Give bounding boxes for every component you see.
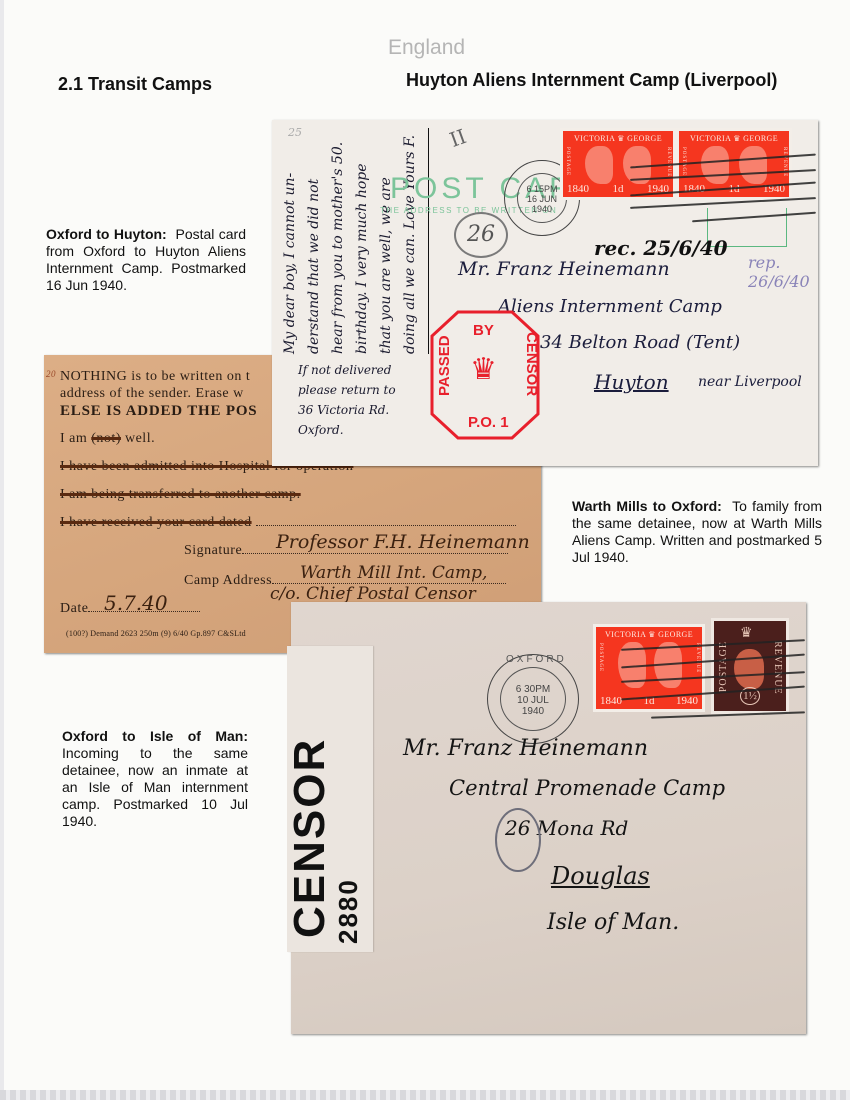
censor-tape-word: CENSOR (285, 738, 335, 938)
camp-address-line: Warth Mill Int. Camp, (300, 563, 487, 583)
dotted-line (256, 525, 516, 526)
page-edge (0, 1090, 850, 1100)
postcard-message: My dear boy, I cannot un- derstand that … (278, 128, 428, 354)
address-line: Mr. Franz Heinemann (458, 258, 670, 280)
caption-heading: Oxford to Huyton: (46, 226, 167, 242)
stamp-george-vi-1-5d: ♛ POSTAGE REVENUE 1½ (711, 618, 789, 714)
stamp-top-text: VICTORIA ♛ GEORGE (679, 134, 789, 143)
postmark-date: 16 JUN (518, 194, 566, 204)
victoria-portrait-icon (585, 146, 613, 184)
signature-value: Professor F.H. Heinemann (276, 531, 530, 553)
date-label: Date (60, 601, 88, 616)
status-suffix: well. (125, 431, 155, 446)
stamp-value: 1d (613, 183, 624, 195)
censor-tape-number: 2880 (333, 878, 364, 944)
message-line: My dear boy, I cannot un- (278, 128, 302, 354)
camp-title: Huyton Aliens Internment Camp (Liverpool… (406, 70, 777, 91)
received-note: rec. 25/6/40 (594, 236, 728, 260)
george-portrait-icon (739, 146, 767, 184)
censor-top-text: BY (473, 322, 494, 339)
section-title: 2.1 Transit Camps (58, 74, 212, 95)
caption-heading: Warth Mills to Oxford: (572, 498, 722, 514)
caption-heading: Oxford to Isle of Man: (62, 728, 248, 744)
postmark-town: OXFORD (506, 654, 567, 665)
dotted-line (242, 553, 508, 554)
return-address-line: Oxford. (298, 420, 396, 440)
card-status-line: I am (not) well. (60, 431, 155, 447)
postcard-divider (428, 128, 429, 354)
message-line: derstand that we did not (302, 128, 326, 354)
stamp-centenary-1d: VICTORIA ♛ GEORGE POSTAGE REVENUE 1840 1… (593, 624, 705, 712)
reply-note: rep. 26/6/40 (748, 253, 818, 291)
address-line: Isle of Man. (547, 910, 679, 935)
postmark-inner: 6 30PM 10 JUL 1940 (500, 667, 566, 731)
censor-right-text: CENSOR (523, 332, 540, 396)
country-heading: England (388, 36, 465, 60)
envelope: CENSOR 2880 6 30PM 10 JUL 1940 OXFORD VI… (291, 602, 806, 1034)
stamp-year: 1940 (676, 695, 698, 707)
card-imprint: (100?) Demand 2623 250m (9) 6/40 Gp.897 … (66, 629, 246, 638)
struck-line: I am being transferred to another camp. (60, 487, 301, 503)
crown-icon: ♛ (740, 625, 753, 642)
roman-numeral-mark: II (446, 124, 469, 152)
censor-bottom-text: P.O. 1 (468, 414, 509, 431)
date-value: 5.7.40 (104, 591, 168, 615)
postcard: 25 My dear boy, I cannot un- derstand th… (272, 120, 818, 466)
message-line: that you are well, we are (374, 128, 398, 354)
address-line: 34 Belton Road (Tent) (540, 332, 740, 353)
message-line: birthday. I very much hope (350, 128, 374, 354)
caption-warth-mills-to-oxford: Warth Mills to Oxford: To family from th… (572, 498, 822, 566)
address-line: Douglas (551, 862, 650, 890)
stamp-side-text: POSTAGE (565, 147, 570, 176)
stamp-side-text: POSTAGE (718, 641, 729, 692)
message-line: doing all we can. Love Yours F. (398, 128, 422, 354)
status-struck: (not) (91, 431, 121, 446)
address-line: Central Promenade Camp (449, 776, 725, 800)
postmark-year: 1940 (501, 706, 565, 717)
postmark-oxford-10-jul: 6 30PM 10 JUL 1940 OXFORD (487, 654, 579, 744)
camp-address-label: Camp Address (184, 573, 272, 588)
stamp-side-text: POSTAGE (598, 643, 603, 672)
stamp-side-text: REVENUE (695, 643, 700, 673)
postmark-date: 10 JUL (501, 695, 565, 706)
card-instruction-line: address of the sender. Erase w (60, 386, 244, 402)
caption-oxford-to-isle-of-man: Oxford to Isle of Man: Incoming to the s… (62, 728, 248, 830)
status-prefix: I am (60, 431, 87, 446)
postmark-year: 1940 (518, 204, 566, 214)
card-instruction-line: ELSE IS ADDED THE POS (60, 403, 257, 420)
struck-line: I have received your card dated (60, 515, 516, 531)
return-address: If not delivered please return to 36 Vic… (298, 360, 396, 440)
postmark-time: 6 30PM (501, 684, 565, 695)
signature-label: Signature (184, 543, 242, 558)
address-suffix: near Liverpool (698, 374, 802, 390)
caption-body: Incoming to the same detainee, now an in… (62, 745, 248, 829)
circled-number: 26 (454, 212, 508, 258)
circled-number-mark (495, 808, 541, 872)
stamp-top-text: VICTORIA ♛ GEORGE (596, 630, 702, 639)
stamp-year: 1840 (600, 695, 622, 707)
censor-tape: CENSOR 2880 (287, 646, 373, 952)
stamp-year: 1840 (567, 183, 589, 195)
message-line: hear from you to mother's 50. (326, 128, 350, 354)
return-address-line: If not delivered (298, 360, 396, 380)
address-line: Huyton (594, 370, 669, 394)
stamp-side-text: POSTAGE (681, 147, 686, 176)
stamp-side-text: REVENUE (666, 147, 671, 177)
card-instruction-line: NOTHING is to be written on t (60, 369, 250, 385)
censor-left-text: PASSED (436, 335, 453, 396)
return-address-line: 36 Victoria Rd. (298, 400, 396, 420)
card-corner-number: 20 (46, 369, 56, 379)
crown-icon: ♛ (470, 352, 497, 387)
caption-oxford-to-huyton: Oxford to Huyton: Postal card from Oxfor… (46, 226, 246, 294)
stamp-top-text: VICTORIA ♛ GEORGE (563, 134, 673, 143)
postmark-time: 6 15PM (518, 184, 566, 194)
victoria-portrait-icon (701, 146, 729, 184)
address-line: Mr. Franz Heinemann (403, 736, 648, 761)
received-card-line: I have received your card dated (60, 515, 252, 530)
george-portrait-icon (734, 649, 764, 689)
return-address-line: please return to (298, 380, 396, 400)
